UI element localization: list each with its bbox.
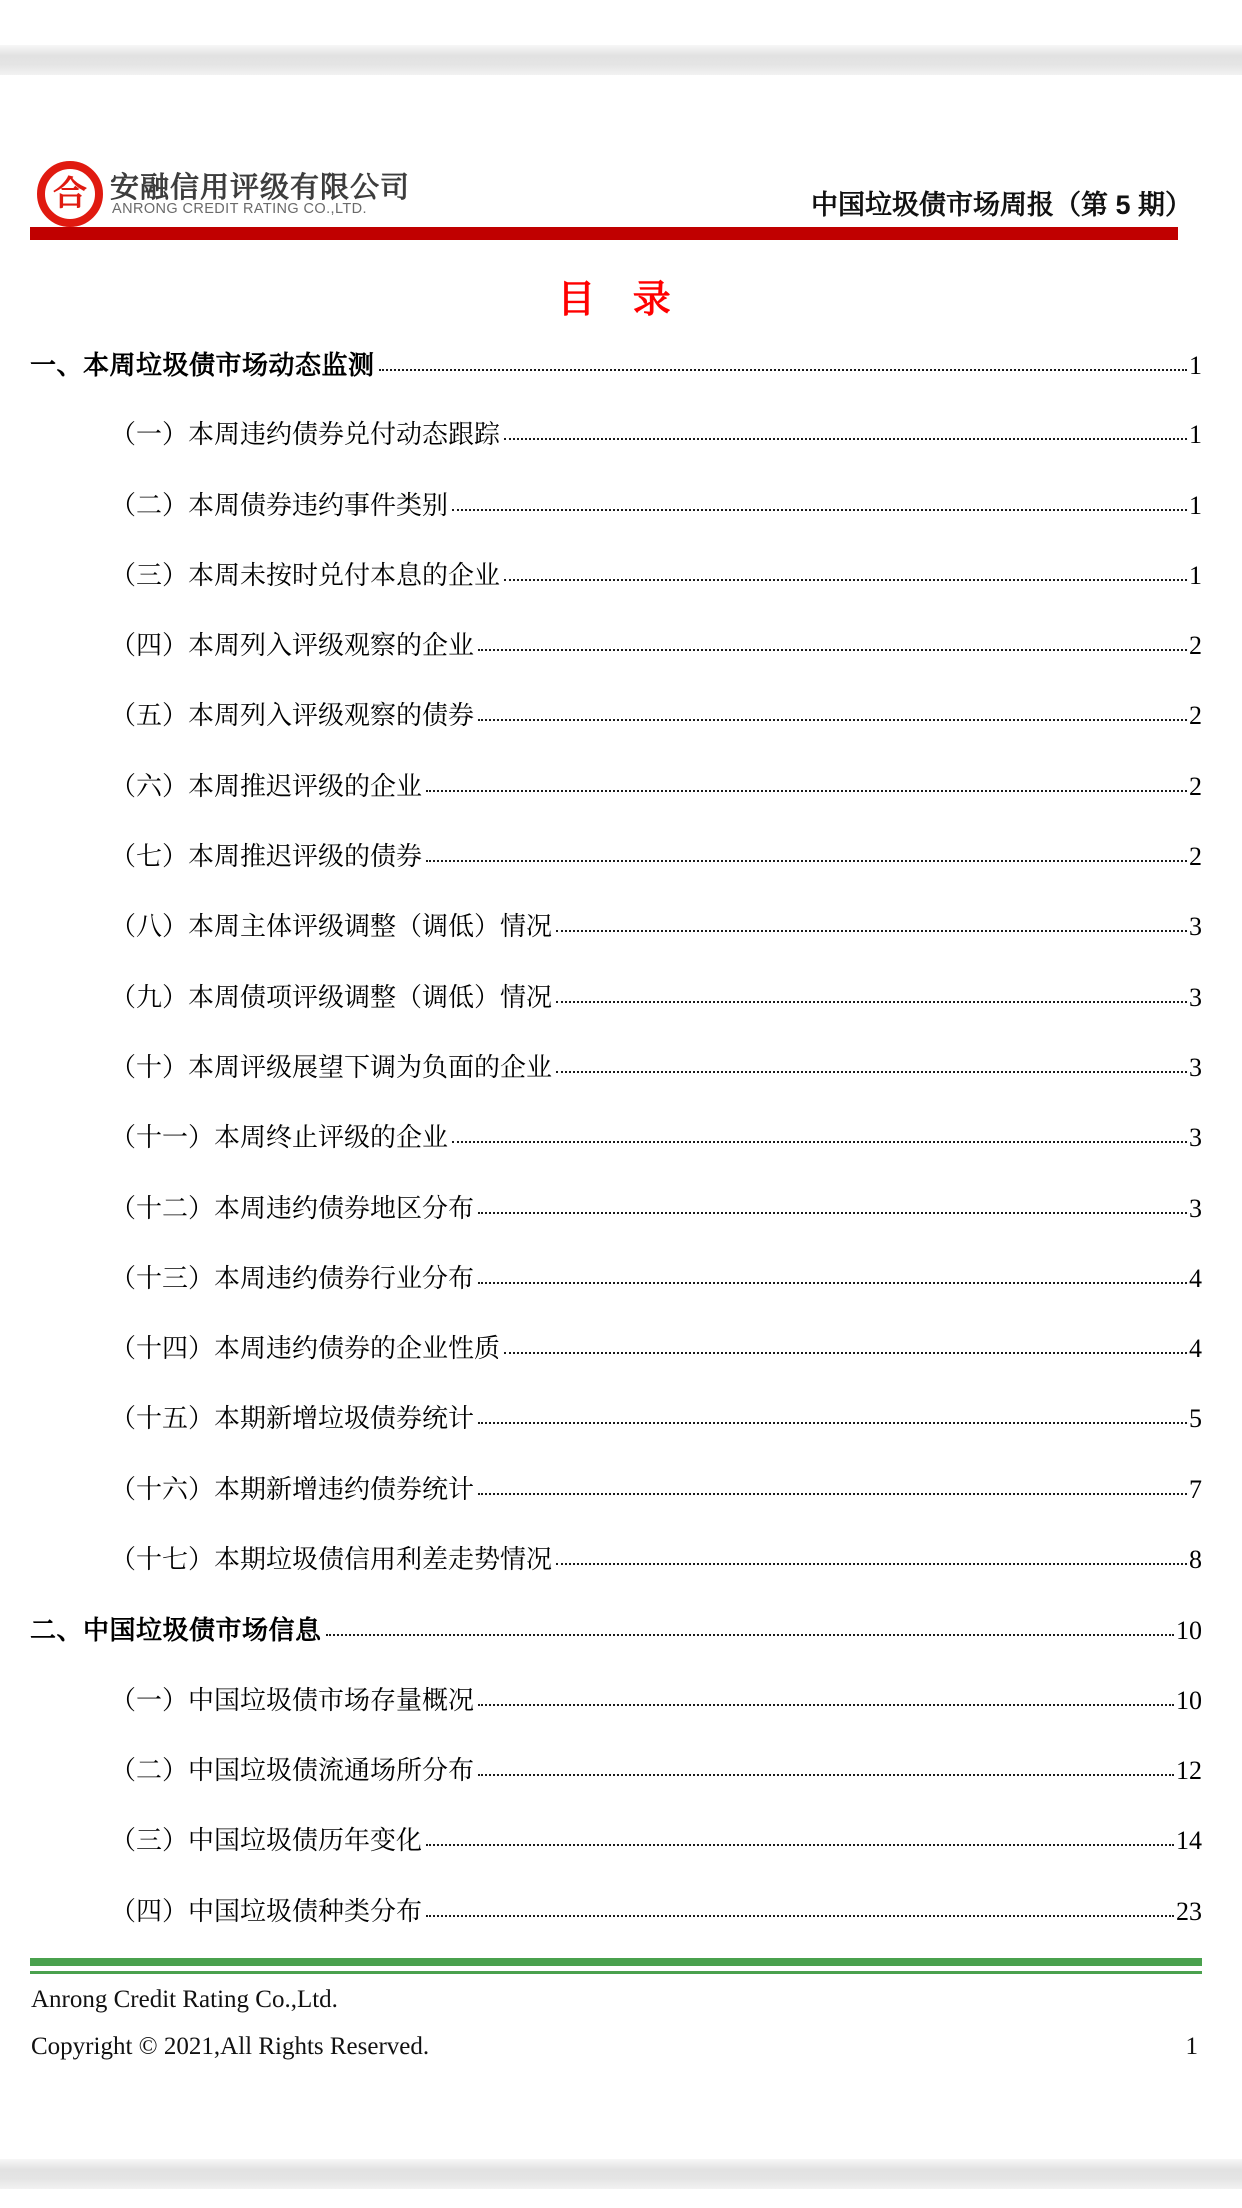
toc-entry[interactable]: （三）中国垃圾债历年变化 14 bbox=[30, 1824, 1202, 1894]
toc-entry-page-number: 3 bbox=[1189, 1192, 1202, 1226]
toc-entry-label: （一）本周违约债券兑付动态跟踪 bbox=[110, 418, 500, 452]
toc-entry-page-number: 3 bbox=[1189, 1051, 1202, 1085]
toc-entry-label: （三）中国垃圾债历年变化 bbox=[110, 1824, 422, 1858]
toc-dot-leader bbox=[452, 509, 1187, 511]
toc-entry-page-number: 10 bbox=[1176, 1614, 1202, 1648]
toc-entry[interactable]: 二、中国垃圾债市场信息 10 bbox=[30, 1613, 1202, 1683]
toc-entry-label: （十六）本期新增违约债券统计 bbox=[110, 1473, 474, 1507]
toc-entry-label: （二）本周债券违约事件类别 bbox=[110, 489, 448, 523]
toc-entry[interactable]: （三）本周未按时兑付本息的企业 1 bbox=[30, 559, 1202, 629]
toc-entry-label: 一、本周垃圾债市场动态监测 bbox=[30, 348, 375, 382]
toc-entry-label: （九）本周债项评级调整（调低）情况 bbox=[110, 981, 552, 1015]
toc-entry-label: （五）本周列入评级观察的债券 bbox=[110, 699, 474, 733]
toc-dot-leader bbox=[504, 579, 1187, 581]
toc-dot-leader bbox=[556, 1001, 1187, 1003]
toc-entry-label: （八）本周主体评级调整（调低）情况 bbox=[110, 910, 552, 944]
toc-dot-leader bbox=[478, 649, 1187, 651]
toc-dot-leader bbox=[426, 1915, 1174, 1917]
toc-entry[interactable]: （二）本周债券违约事件类别 1 bbox=[30, 489, 1202, 559]
toc-entry-label: （十七）本期垃圾债信用利差走势情况 bbox=[110, 1543, 552, 1577]
toc-entry[interactable]: （十七）本期垃圾债信用利差走势情况 8 bbox=[30, 1543, 1202, 1613]
toc-entry-page-number: 4 bbox=[1189, 1262, 1202, 1296]
toc-entry-page-number: 1 bbox=[1189, 418, 1202, 452]
toc-entry[interactable]: （一）本周违约债券兑付动态跟踪 1 bbox=[30, 418, 1202, 488]
toc-entry[interactable]: （十六）本期新增违约债券统计 7 bbox=[30, 1473, 1202, 1543]
toc-entry-page-number: 1 bbox=[1189, 489, 1202, 523]
toc-dot-leader bbox=[478, 1704, 1174, 1706]
footer-company-name: Anrong Credit Rating Co.,Ltd. bbox=[31, 1986, 338, 2014]
toc-title: 目 录 bbox=[0, 268, 1242, 323]
toc-entry-label: （四）中国垃圾债种类分布 bbox=[110, 1895, 422, 1929]
toc-entry[interactable]: 一、本周垃圾债市场动态监测 1 bbox=[30, 348, 1202, 418]
toc-entry-page-number: 4 bbox=[1189, 1332, 1202, 1366]
toc-entry-page-number: 14 bbox=[1176, 1824, 1202, 1858]
toc-entry-page-number: 1 bbox=[1189, 349, 1202, 383]
toc-entry-label: （七）本周推迟评级的债券 bbox=[110, 840, 422, 874]
toc-entry-label: （四）本周列入评级观察的企业 bbox=[110, 629, 474, 663]
toc-entry-label: （十二）本周违约债券地区分布 bbox=[110, 1192, 474, 1226]
toc-entry-page-number: 3 bbox=[1189, 910, 1202, 944]
toc-dot-leader bbox=[426, 1844, 1174, 1846]
toc-entry-label: （三）本周未按时兑付本息的企业 bbox=[110, 559, 500, 593]
table-of-contents: 一、本周垃圾债市场动态监测 1 （一）本周违约债券兑付动态跟踪 1 （二）本周债… bbox=[30, 348, 1202, 1965]
toc-dot-leader bbox=[452, 1141, 1187, 1143]
toc-entry-page-number: 3 bbox=[1189, 1121, 1202, 1155]
toc-entry-page-number: 5 bbox=[1189, 1402, 1202, 1436]
toc-entry-page-number: 10 bbox=[1176, 1684, 1202, 1718]
toc-entry[interactable]: （十五）本期新增垃圾债券统计 5 bbox=[30, 1402, 1202, 1472]
toc-dot-leader bbox=[478, 1212, 1187, 1214]
toc-entry[interactable]: （四）本周列入评级观察的企业 2 bbox=[30, 629, 1202, 699]
page-separator-bottom bbox=[0, 2159, 1242, 2189]
toc-entry-page-number: 8 bbox=[1189, 1543, 1202, 1577]
footer-copyright: Copyright © 2021,All Rights Reserved. bbox=[31, 2033, 429, 2061]
toc-entry[interactable]: （九）本周债项评级调整（调低）情况 3 bbox=[30, 981, 1202, 1051]
toc-entry-label: （十三）本周违约债券行业分布 bbox=[110, 1262, 474, 1296]
toc-entry[interactable]: （十四）本周违约债券的企业性质 4 bbox=[30, 1332, 1202, 1402]
toc-entry[interactable]: （一）中国垃圾债市场存量概况 10 bbox=[30, 1684, 1202, 1754]
page-separator-top bbox=[0, 45, 1242, 75]
footer-rule-thick bbox=[30, 1958, 1202, 1966]
toc-dot-leader bbox=[556, 1071, 1187, 1073]
toc-dot-leader bbox=[478, 1422, 1187, 1424]
toc-entry-label: （一）中国垃圾债市场存量概况 bbox=[110, 1684, 474, 1718]
toc-entry-page-number: 2 bbox=[1189, 770, 1202, 804]
toc-entry[interactable]: （二）中国垃圾债流通场所分布 12 bbox=[30, 1754, 1202, 1824]
toc-dot-leader bbox=[504, 438, 1187, 440]
toc-entry-page-number: 7 bbox=[1189, 1473, 1202, 1507]
toc-dot-leader bbox=[326, 1634, 1174, 1636]
toc-entry-page-number: 12 bbox=[1176, 1754, 1202, 1788]
toc-dot-leader bbox=[556, 930, 1187, 932]
toc-entry-page-number: 2 bbox=[1189, 840, 1202, 874]
toc-dot-leader bbox=[379, 369, 1187, 371]
report-title: 中国垃圾债市场周报（第 5 期） bbox=[811, 183, 1192, 222]
toc-entry[interactable]: （五）本周列入评级观察的债券 2 bbox=[30, 699, 1202, 769]
toc-entry-page-number: 2 bbox=[1189, 699, 1202, 733]
toc-entry-page-number: 1 bbox=[1189, 559, 1202, 593]
header-rule bbox=[30, 227, 1178, 240]
toc-entry-label: 二、中国垃圾债市场信息 bbox=[30, 1613, 322, 1647]
toc-entry[interactable]: （十一）本周终止评级的企业 3 bbox=[30, 1121, 1202, 1191]
logo-glyph: 合 bbox=[53, 177, 87, 211]
toc-entry-label: （十）本周评级展望下调为负面的企业 bbox=[110, 1051, 552, 1085]
toc-dot-leader bbox=[426, 860, 1187, 862]
toc-entry[interactable]: （十）本周评级展望下调为负面的企业 3 bbox=[30, 1051, 1202, 1121]
company-name-english: ANRONG CREDIT RATING CO.,LTD. bbox=[112, 201, 367, 217]
toc-entry[interactable]: （八）本周主体评级调整（调低）情况 3 bbox=[30, 910, 1202, 980]
toc-dot-leader bbox=[504, 1352, 1187, 1354]
toc-entry-page-number: 23 bbox=[1176, 1895, 1202, 1929]
toc-entry-label: （六）本周推迟评级的企业 bbox=[110, 770, 422, 804]
toc-entry-label: （十五）本期新增垃圾债券统计 bbox=[110, 1402, 474, 1436]
toc-entry[interactable]: （七）本周推迟评级的债券 2 bbox=[30, 840, 1202, 910]
toc-entry[interactable]: （十三）本周违约债券行业分布 4 bbox=[30, 1262, 1202, 1332]
toc-dot-leader bbox=[478, 1774, 1174, 1776]
company-logo-icon: 合 bbox=[37, 161, 103, 227]
toc-entry-label: （十四）本周违约债券的企业性质 bbox=[110, 1332, 500, 1366]
toc-entry-page-number: 3 bbox=[1189, 981, 1202, 1015]
toc-dot-leader bbox=[478, 719, 1187, 721]
toc-dot-leader bbox=[478, 1493, 1187, 1495]
footer-page-number: 1 bbox=[1186, 2033, 1199, 2061]
footer-rule-thin bbox=[30, 1971, 1202, 1974]
toc-entry-page-number: 2 bbox=[1189, 629, 1202, 663]
company-name: 安融信用评级有限公司 bbox=[110, 165, 410, 206]
toc-dot-leader bbox=[556, 1563, 1187, 1565]
toc-entry[interactable]: （六）本周推迟评级的企业 2 bbox=[30, 770, 1202, 840]
toc-entry-label: （十一）本周终止评级的企业 bbox=[110, 1121, 448, 1155]
toc-entry-label: （二）中国垃圾债流通场所分布 bbox=[110, 1754, 474, 1788]
toc-entry[interactable]: （四）中国垃圾债种类分布 23 bbox=[30, 1895, 1202, 1965]
toc-dot-leader bbox=[478, 1282, 1187, 1284]
toc-entry[interactable]: （十二）本周违约债券地区分布 3 bbox=[30, 1192, 1202, 1262]
toc-dot-leader bbox=[426, 790, 1187, 792]
